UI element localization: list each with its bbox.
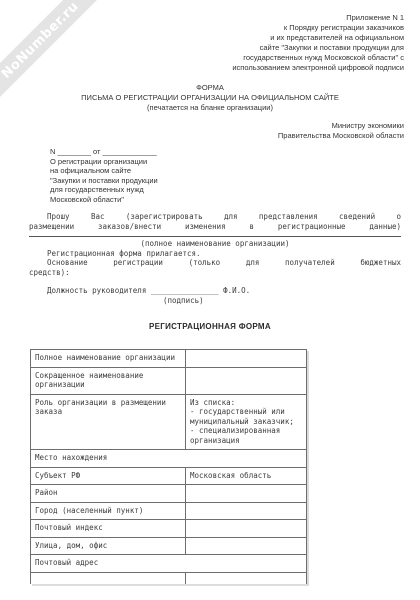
addressee-line: Правительства Московской области (278, 131, 404, 141)
appendix-note-line: использованием электронной цифровой подп… (232, 63, 404, 73)
document-title-line1: ФОРМА (0, 83, 420, 93)
row-label: Район (31, 485, 186, 503)
table-row: Почтовый индекс (31, 520, 307, 538)
table-row: Место нахождения (31, 450, 307, 468)
row-value (186, 502, 307, 520)
registration-table-container: Полное наименование организацииСокращенн… (30, 349, 320, 587)
registration-table-body: Полное наименование организацииСокращенн… (31, 350, 307, 584)
watermark-text: NoNumber.ru (0, 0, 81, 81)
basis-line-2: средств): (29, 268, 401, 278)
request-line-1: Прошу Вас (зарегистрировать для представ… (29, 212, 401, 222)
table-row: Почтовый адрес (31, 555, 307, 573)
table-row: Субъект РФМосковская область (31, 467, 307, 485)
row-value (186, 350, 307, 368)
attachment-line: Регистрационная форма прилагается. (29, 249, 401, 259)
reference-line: Московской области" (50, 195, 158, 205)
reference-line: "Закупки и поставки продукции (50, 176, 158, 186)
appendix-note-line: к Порядку регистрации заказчиков (232, 23, 404, 33)
document-title-line3: (печатается на бланке организации) (0, 103, 420, 113)
table-row: Район (31, 485, 307, 503)
reference-line: для государственных нужд (50, 185, 158, 195)
row-label: Почтовый индекс (31, 520, 186, 538)
document-title: ФОРМА ПИСЬМА О РЕГИСТРАЦИИ ОРГАНИЗАЦИИ Н… (0, 83, 420, 113)
row-label: Почтовый адрес (31, 555, 307, 573)
row-label: Субъект РФ (31, 467, 186, 485)
reference-line: на официальном сайте (50, 166, 158, 176)
organization-name-caption: (полное наименование организации) (29, 239, 401, 249)
row-value (186, 367, 307, 394)
organization-name-blank (29, 231, 401, 237)
row-label: Город (населенный пункт) (31, 502, 186, 520)
appendix-note-line: и их представителей на официальном (232, 33, 404, 43)
appendix-note: Приложение N 1к Порядку регистрации зака… (232, 13, 404, 73)
row-value (186, 520, 307, 538)
row-value (186, 572, 307, 584)
reference-line: N ________ от _____________ (50, 147, 158, 157)
table-row: Полное наименование организации (31, 350, 307, 368)
registration-form-title: РЕГИСТРАЦИОННАЯ ФОРМА (0, 322, 420, 331)
spacer (29, 277, 401, 286)
table-row: Улица, дом, офис (31, 537, 307, 555)
registration-table: Полное наименование организацииСокращенн… (30, 349, 307, 584)
request-line-2: размещении заказов/внести изменения в ре… (29, 222, 401, 232)
row-label: Роль организации в размещении заказа (31, 394, 186, 450)
table-row: Город (населенный пункт) (31, 502, 307, 520)
row-label: Улица, дом, офис (31, 537, 186, 555)
row-label: Место нахождения (31, 450, 307, 468)
table-row: Роль организации в размещении заказаИз с… (31, 394, 307, 450)
table-row: Сокращенное наименование организации (31, 367, 307, 394)
row-value (186, 485, 307, 503)
letter-body: Прошу Вас (зарегистрировать для представ… (29, 212, 401, 305)
reference-block: N ________ от _____________О регистрации… (50, 147, 158, 204)
appendix-note-line: Приложение N 1 (232, 13, 404, 23)
document-title-line2: ПИСЬМА О РЕГИСТРАЦИИ ОРГАНИЗАЦИИ НА ОФИЦ… (0, 93, 420, 103)
document-page: NoNumber.ru Приложение N 1к Порядку реги… (0, 0, 420, 600)
signature-line: Должность руководителя _______________ Ф… (29, 286, 401, 296)
addressee-line: Министру экономики (278, 121, 404, 131)
row-label: Сокращенное наименование организации (31, 367, 186, 394)
row-value (186, 537, 307, 555)
basis-line-1: Основание регистрации (только для получа… (29, 258, 401, 268)
addressee-block: Министру экономикиПравительства Московск… (278, 121, 404, 141)
appendix-note-line: сайте "Закупки и поставки продукции для (232, 43, 404, 53)
table-row (31, 572, 307, 584)
row-value: Из списка: - государственный или муницип… (186, 394, 307, 450)
row-label (31, 572, 186, 584)
reference-line: О регистрации организации (50, 157, 158, 167)
appendix-note-line: государственных нужд Московской области"… (232, 53, 404, 63)
signature-caption: (подпись) (29, 296, 401, 306)
row-value: Московская область (186, 467, 307, 485)
row-label: Полное наименование организации (31, 350, 186, 368)
